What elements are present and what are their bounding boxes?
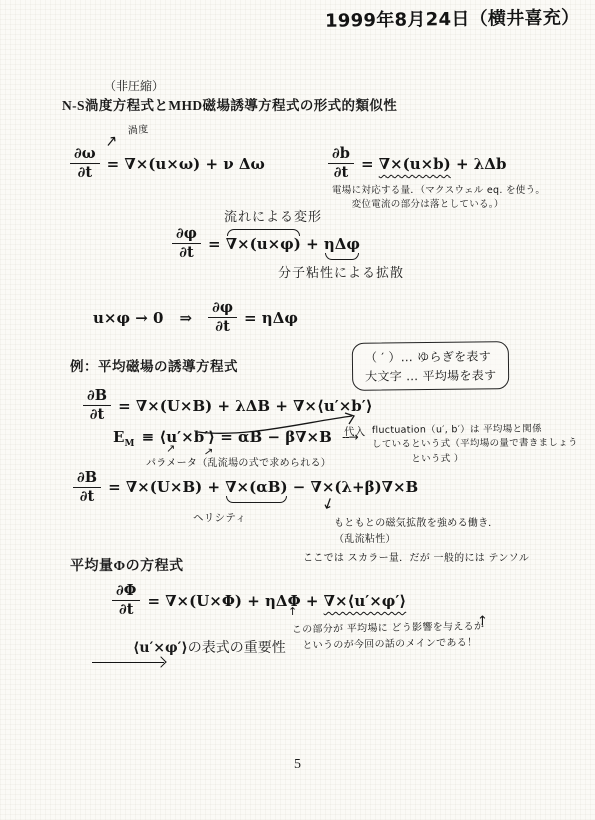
- turbulent-viscosity-annotation: もともとの磁気拡散を強める働き． （乱流粘性）: [334, 516, 498, 548]
- bubble-line-mean-field: 大文字 … 平均場を表す: [365, 366, 496, 386]
- equation-generic-field: ∂φ∂t= ∇×(u×φ) + ηΔφ: [172, 226, 360, 262]
- equation-diffusion-limit: u×φ → 0⇒∂φ∂t= ηΔφ: [93, 300, 298, 336]
- efield-annotation: 電場に対応する量．（マクスウェル eq. を使う。 変位電流の部分は落としている…: [332, 184, 590, 213]
- note-hook-arrow-icon: ↑: [288, 605, 297, 618]
- equation-turbulent-emf: EM ≡ ⟨u′×b′⟩ = αB − β∇×B: [113, 428, 332, 446]
- fluctuation-annotation: fluctuation（u′, b′）は 平均場と関係 しているという式（平均場…: [372, 422, 594, 467]
- page-number: 5: [0, 757, 595, 773]
- scalar-tensor-annotation: ここでは スカラー量．だが 一般的には テンソル: [303, 551, 529, 567]
- flow-deformation-label: 流れによる変形: [224, 206, 322, 225]
- vorticity-annotation: 渦度: [127, 122, 149, 139]
- equation-mean-phi: ∂Φ∂t= ∇×(U×Φ) + ηΔΦ + ∇×⟨u′×φ′⟩: [112, 583, 406, 619]
- importance-text: の表式の重要性: [188, 641, 286, 656]
- importance-math: ⟨u′×φ′⟩: [133, 640, 188, 656]
- compressibility-note: （非圧縮）: [104, 77, 164, 94]
- alpha-arrow-icon: ↗: [166, 442, 175, 455]
- molecular-diffusion-label: 分子粘性による拡散: [278, 262, 404, 281]
- page-title: N-S渦度方程式とMHD磁場誘導方程式の形式的類似性: [62, 94, 397, 114]
- dashed-arrow-icon: --→: [342, 428, 358, 447]
- mean-phi-heading: 平均量Φの方程式: [70, 555, 184, 575]
- equation-vorticity: ∂ω∂t= ∇×(u×ω) + ν Δω: [70, 146, 265, 182]
- scanned-page: 1999年8月24日（横井喜充） （非圧縮） N-S渦度方程式とMHD磁場誘導方…: [0, 0, 595, 820]
- bubble-line-fluctuation: （ ′ ）… ゆらぎを表す: [365, 347, 496, 367]
- legend-bubble: （ ′ ）… ゆらぎを表す 大文字 … 平均場を表す: [352, 341, 510, 391]
- equation-induction: ∂b∂t= ∇×(u×b) + λΔb: [328, 146, 506, 182]
- main-point-annotation: この部分が 平均場に どう影響を与えるか というのが今回の話のメインである！: [292, 617, 588, 654]
- example-heading: 例：平均磁場の誘導方程式: [70, 355, 238, 375]
- importance-statement: ⟨u′×φ′⟩の表式の重要性: [133, 637, 286, 657]
- long-arrow-icon: [92, 662, 164, 663]
- handwritten-date: 1999年8月24日（横井喜充）: [324, 4, 579, 35]
- helicity-annotation: ヘリシティ: [193, 510, 246, 526]
- equation-mean-induction-expanded: ∂B∂t= ∇×(U×B) + ∇×(αB) − ∇×(λ+β)∇×B: [73, 470, 418, 506]
